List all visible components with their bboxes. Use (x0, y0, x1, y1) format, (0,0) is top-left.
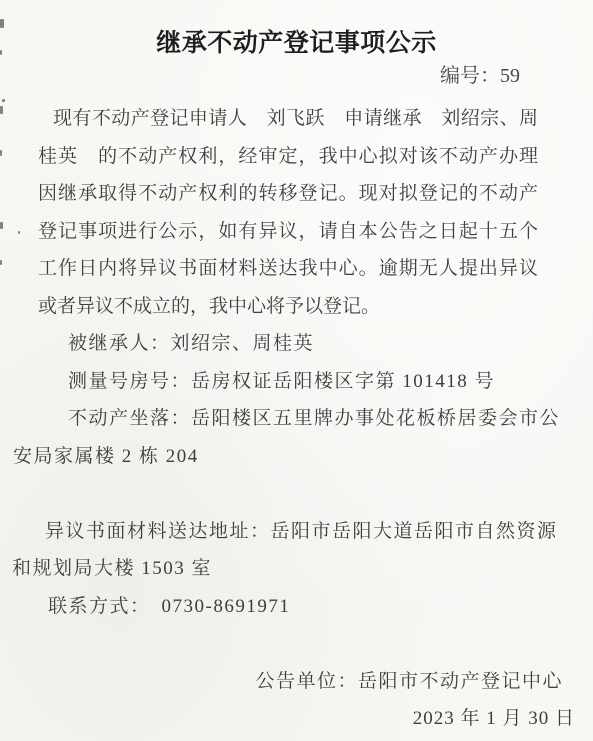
property-details: 被继承人：刘绍宗、周桂英 测量号房号：岳房权证岳阳楼区字第 101418 号 不… (0, 325, 593, 475)
scan-speck (0, 150, 2, 156)
notice-page: 继承不动产登记事项公示 编号：59 现有不动产登记申请人 刘飞跃 申请继承 刘绍… (0, 0, 593, 741)
issuer-label: 公告单位： (255, 671, 358, 692)
doc-number: 编号：59 (0, 62, 593, 90)
property-location-line: 安局家属楼 2 栋 204 (13, 438, 593, 476)
body-line: 或者异议不成立的，我中心将予以登记。 (38, 288, 538, 326)
contact-phone-line: 联系方式： 0730-8691971 (36, 588, 593, 626)
blank-line (0, 475, 593, 513)
doc-number-label: 编号： (440, 65, 500, 87)
objection-address-line: 和规划局大楼 1503 室 (12, 550, 593, 588)
notice-body-paragraph: 现有不动产登记申请人 刘飞跃 申请继承 刘绍宗、周 桂英 的不动产权利，经审定，… (0, 100, 593, 325)
scan-speck (0, 222, 3, 229)
body-line: 桂英 的不动产权利，经审定，我中心拟对该不动产办理 (38, 138, 538, 176)
body-line: 现有不动产登记申请人 刘飞跃 申请继承 刘绍宗、周 (38, 100, 538, 138)
notice-footer: 公告单位：岳阳市不动产登记中心 2023 年 1 月 30 日 (0, 663, 593, 738)
objection-contact: 异议书面材料送达地址：岳阳市岳阳大道岳阳市自然资源 和规划局大楼 1503 室 … (0, 513, 593, 626)
decedent-line: 被继承人：刘绍宗、周桂英 (36, 325, 593, 363)
scan-speck (2, 99, 5, 102)
scan-speck (18, 231, 20, 234)
body-line: 登记事项进行公示，如有异议，请自本公告之日起十五个 (38, 213, 538, 251)
issuer-name: 岳阳市不动产登记中心 (358, 671, 563, 692)
doc-number-value: 59 (500, 65, 520, 87)
scan-speck (0, 260, 2, 265)
body-line: 因继承取得不动产权利的转移登记。现对拟登记的不动产 (38, 175, 538, 213)
property-location-line: 不动产坐落：岳阳楼区五里牌办事处花板桥居委会市公 (36, 400, 593, 438)
certificate-line: 测量号房号：岳房权证岳阳楼区字第 101418 号 (36, 363, 593, 401)
body-line: 工作日内将异议书面材料送达我中心。逾期无人提出异议 (38, 250, 538, 288)
blank-line (0, 625, 593, 663)
scan-speck (0, 19, 4, 28)
date-line: 2023 年 1 月 30 日 (0, 700, 593, 738)
scan-speck (0, 106, 3, 114)
issuer-line: 公告单位：岳阳市不动产登记中心 (0, 663, 593, 701)
notice-title: 继承不动产登记事项公示 (0, 27, 593, 59)
objection-address-line: 异议书面材料送达地址：岳阳市岳阳大道岳阳市自然资源 (36, 513, 593, 551)
scan-speck (0, 50, 2, 55)
